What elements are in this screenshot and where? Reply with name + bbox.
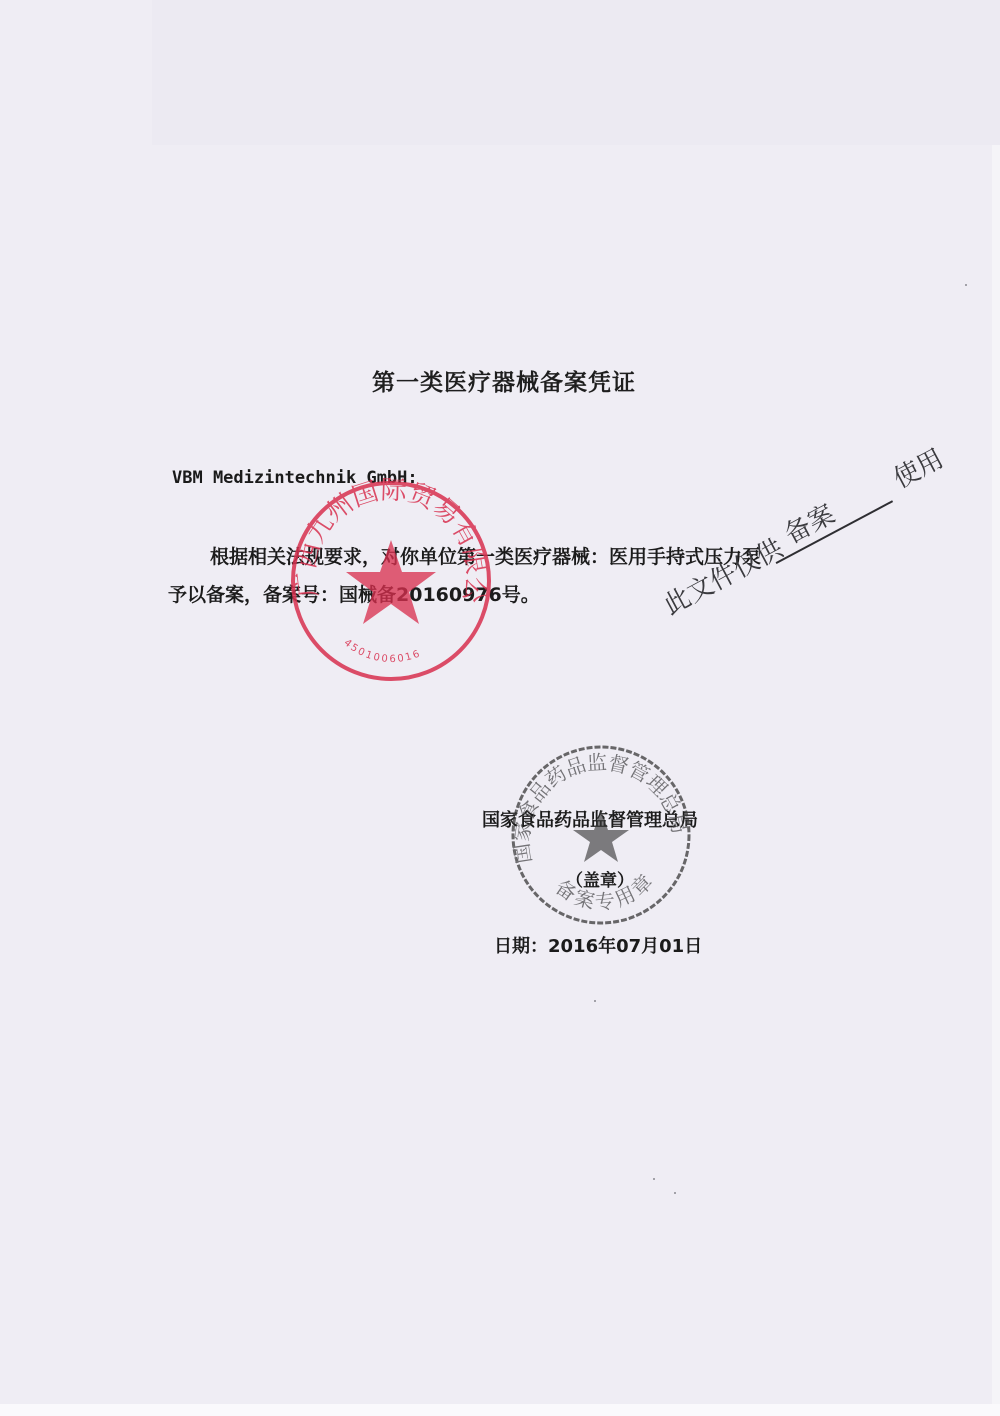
- scan-background-region: [152, 0, 1000, 145]
- scan-speck: [965, 284, 967, 286]
- date-label: 日期：: [494, 936, 548, 957]
- scan-speck: [653, 1178, 655, 1180]
- date-value: 2016年07月01日: [548, 936, 702, 957]
- scan-bottom-edge: [0, 1404, 1000, 1416]
- issuing-authority: 国家食品药品监督管理总局: [482, 806, 698, 832]
- seal-note: （盖章）: [566, 866, 634, 891]
- scan-speck: [594, 1000, 596, 1002]
- scan-right-edge: [992, 145, 1000, 1416]
- scanned-page: [0, 0, 1000, 1416]
- document-title: 第一类医疗器械备案凭证: [372, 364, 636, 397]
- scan-speck: [674, 1192, 676, 1194]
- body-text-line-1: 根据相关法规要求，对你单位第一类医疗器械：医用手持式压力泵: [210, 542, 761, 569]
- body-text-line-2: 予以备案，备案号：国械备20160976号。: [168, 580, 540, 607]
- issue-date: 日期：2016年07月01日: [494, 932, 702, 958]
- recipient-name: VBM Medizintechnik GmbH:: [172, 468, 418, 488]
